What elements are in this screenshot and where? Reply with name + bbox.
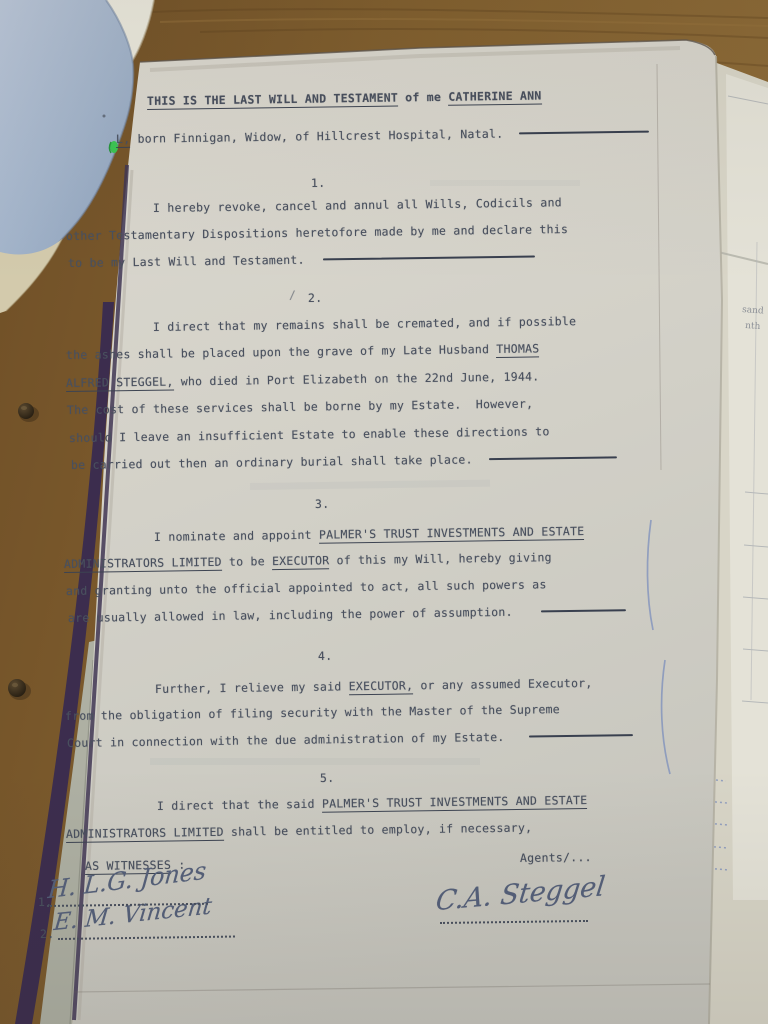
clause-3-line-1: I nominate and appoint PALMER'S TRUST IN… bbox=[154, 524, 585, 544]
clause-4-line-1-text: Further, I relieve my said bbox=[155, 679, 349, 696]
clause-2-line-2-text: the ashes shall be placed upon the grave… bbox=[66, 342, 497, 362]
clause-3-line-2: ADMINISTRATORS LIMITED to be EXECUTOR of… bbox=[64, 550, 552, 571]
title-line-1-text: of me bbox=[398, 90, 448, 105]
clause-4-line-3-trailing-rule bbox=[529, 734, 633, 738]
clause-2-line-6-text: be carried out then an ordinary burial s… bbox=[71, 452, 473, 472]
agents-continuation-marker: Agents/... bbox=[520, 850, 592, 865]
clause-4-line-2: from the obligation of filing security w… bbox=[65, 702, 560, 723]
agents-continuation-marker-text: Agents/... bbox=[520, 850, 592, 865]
witness-2-dotted-line bbox=[58, 936, 235, 940]
clause-3-line-3-text: and granting unto the official appointed… bbox=[66, 577, 547, 598]
clause-1-line-1-text: I hereby revoke, cancel and annul all Wi… bbox=[153, 195, 562, 215]
clause-3-line-4-text: are usually allowed in law, including th… bbox=[68, 605, 513, 625]
clause-2-number: 2. bbox=[308, 291, 323, 305]
stray-pen-mark-text: / bbox=[289, 288, 296, 302]
clause-3-line-1-text: I nominate and appoint bbox=[154, 528, 319, 544]
clause-5-line-1: I direct that the said PALMER'S TRUST IN… bbox=[157, 793, 588, 813]
clause-2-line-3: ALFRED STEGGEL, who died in Port Elizabe… bbox=[66, 369, 540, 390]
clause-1-line-2-text: other Testamentary Dispositions heretofo… bbox=[66, 222, 568, 243]
clause-1-number: 1. bbox=[311, 176, 326, 190]
title-line-2-underlined-text: L, bbox=[116, 132, 131, 148]
clause-3-line-4: are usually allowed in law, including th… bbox=[68, 603, 626, 625]
clause-2-line-1-text: I direct that my remains shall be cremat… bbox=[153, 314, 576, 334]
clause-4-line-1-text: or any assumed Executor, bbox=[413, 676, 593, 693]
title-line-1: THIS IS THE LAST WILL AND TESTAMENT of m… bbox=[147, 88, 542, 108]
clause-5-number-text: 5. bbox=[320, 771, 335, 785]
clause-1-line-2: other Testamentary Dispositions heretofo… bbox=[66, 222, 568, 243]
stray-pen-mark: / bbox=[289, 288, 296, 302]
clause-4-number: 4. bbox=[318, 649, 333, 663]
clause-2-line-5-text: should I leave an insufficient Estate to… bbox=[69, 424, 550, 445]
title-line-2: L, born Finnigan, Widow, of Hillcrest Ho… bbox=[116, 125, 650, 146]
clause-5-line-2-text: shall be entitled to employ, if necessar… bbox=[224, 820, 533, 838]
clause-2-line-4: The cost of these services shall be born… bbox=[67, 396, 533, 417]
clause-4-number-text: 4. bbox=[318, 649, 333, 663]
title-line-1-underlined-text: THIS IS THE LAST WILL AND TESTAMENT bbox=[147, 90, 398, 110]
clause-1-line-3-trailing-rule bbox=[323, 255, 535, 260]
clause-2-number-text: 2. bbox=[308, 291, 323, 305]
clause-1-line-1: I hereby revoke, cancel and annul all Wi… bbox=[153, 195, 562, 215]
clause-2-line-6: be carried out then an ordinary burial s… bbox=[71, 450, 617, 472]
clause-2-line-3-text: who died in Port Elizabeth on the 22nd J… bbox=[174, 369, 540, 388]
clause-2-line-4-text: The cost of these services shall be born… bbox=[67, 396, 533, 417]
clause-2-line-6-trailing-rule bbox=[489, 456, 617, 460]
clause-1-number-text: 1. bbox=[311, 176, 326, 190]
title-line-2-trailing-rule bbox=[519, 130, 649, 134]
clause-4-line-3: Court in connection with the due adminis… bbox=[67, 728, 633, 750]
clause-3-line-2-underlined-text: ADMINISTRATORS LIMITED bbox=[64, 555, 222, 573]
clause-1-line-3-text: to be my Last Will and Testament. bbox=[68, 253, 305, 270]
clause-4-line-3-text: Court in connection with the due adminis… bbox=[67, 730, 505, 750]
clause-3-line-2-text: to be bbox=[222, 554, 272, 569]
clause-4-line-1: Further, I relieve my said EXECUTOR, or … bbox=[155, 676, 593, 696]
clause-5-line-2: ADMINISTRATORS LIMITED shall be entitled… bbox=[66, 820, 532, 841]
clause-3-line-2-text: of this my Will, hereby giving bbox=[329, 550, 552, 567]
typed-text-layer: THIS IS THE LAST WILL AND TESTAMENT of m… bbox=[0, 0, 768, 1024]
clause-5-line-1-underlined-text: PALMER'S TRUST INVESTMENTS AND ESTATE bbox=[322, 793, 588, 813]
testator-dotted-line bbox=[440, 920, 588, 924]
clause-2-line-5: should I leave an insufficient Estate to… bbox=[69, 424, 550, 445]
clause-4-line-2-text: from the obligation of filing security w… bbox=[65, 702, 560, 723]
clause-5-number: 5. bbox=[320, 771, 335, 785]
clause-2-line-2-underlined-text: THOMAS bbox=[496, 341, 539, 358]
clause-4-line-1-underlined-text: EXECUTOR, bbox=[349, 678, 414, 695]
clause-3-line-3: and granting unto the official appointed… bbox=[66, 577, 547, 598]
clause-2-line-1: I direct that my remains shall be cremat… bbox=[153, 314, 576, 334]
scanned-will-photo: sand nth bbox=[0, 0, 768, 1024]
clause-5-line-2-underlined-text: ADMINISTRATORS LIMITED bbox=[66, 825, 224, 843]
clause-3-number: 3. bbox=[315, 497, 330, 511]
clause-5-line-1-text: I direct that the said bbox=[157, 797, 322, 813]
clause-1-line-3: to be my Last Will and Testament. bbox=[68, 249, 535, 270]
clause-2-line-2: the ashes shall be placed upon the grave… bbox=[66, 341, 540, 362]
testator-signature: C.A. Steggel bbox=[434, 871, 607, 917]
clause-3-line-4-trailing-rule bbox=[541, 609, 626, 612]
clause-3-line-1-underlined-text: PALMER'S TRUST INVESTMENTS AND ESTATE bbox=[319, 524, 585, 544]
clause-3-number-text: 3. bbox=[315, 497, 330, 511]
clause-2-line-3-underlined-text: ALFRED STEGGEL, bbox=[66, 374, 174, 392]
title-line-2-text: born Finnigan, Widow, of Hillcrest Hospi… bbox=[130, 127, 503, 146]
clause-3-line-2-underlined-text: EXECUTOR bbox=[272, 553, 330, 570]
title-line-1-underlined-text: CATHERINE ANN bbox=[448, 88, 541, 105]
